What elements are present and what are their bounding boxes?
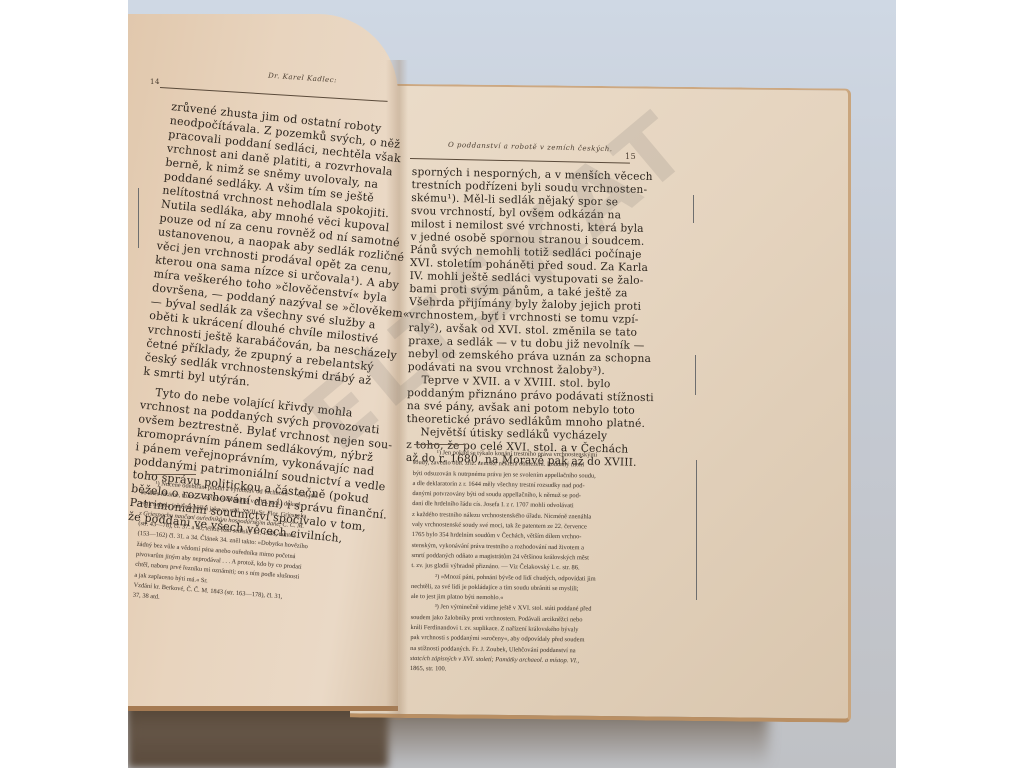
pencil-margin-mark: [138, 188, 139, 248]
pencil-margin-mark: [693, 195, 694, 223]
left-page-number: 14: [150, 78, 160, 86]
left-footnotes: ¹) Nucené odebírání plodin a výrobkův od…: [132, 478, 317, 615]
right-footnote-rule: [414, 444, 466, 445]
right-page-number: 15: [625, 152, 636, 161]
pencil-margin-mark: [695, 355, 696, 395]
right-footnotes: ¹) Jen pokud se týkalo konání trestního …: [410, 448, 598, 677]
pencil-margin-mark: [696, 460, 697, 600]
right-body-paragraph-1: sporných i nesporných, a v menších věcec…: [406, 166, 659, 470]
book-photo: 14 Dr. Karel Kadlec: zrůvené zhusta jim …: [128, 0, 896, 768]
left-footnote-rule: [146, 474, 196, 475]
